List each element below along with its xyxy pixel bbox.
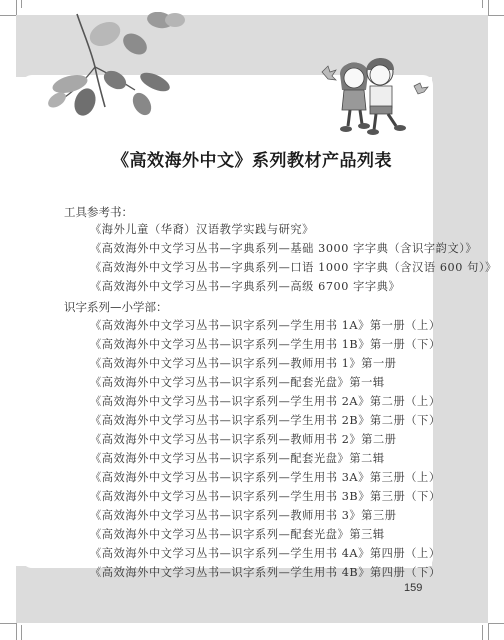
crop-mark bbox=[21, 0, 22, 8]
section-heading-literacy-primary: 识字系列—小学部： bbox=[64, 299, 168, 315]
list-item: 《高效海外中文学习丛书—识字系列—学生用书 3B》第三册（下） bbox=[90, 488, 441, 504]
list-item: 《海外儿童（华裔）汉语教学实践与研究》 bbox=[90, 221, 314, 237]
list-item: 《高效海外中文学习丛书—识字系列—配套光盘》第二辑 bbox=[90, 450, 385, 466]
section-heading-reference-books: 工具参考书： bbox=[64, 204, 133, 220]
crop-mark bbox=[488, 15, 504, 16]
crop-mark bbox=[488, 623, 489, 640]
children-illustration bbox=[318, 52, 430, 136]
list-item: 《高效海外中文学习丛书—识字系列—学生用书 2A》第二册（上） bbox=[90, 393, 441, 409]
list-item: 《高效海外中文学习丛书—字典系列—口语 1000 字字典（含汉语 600 句）》 bbox=[90, 259, 497, 275]
list-item: 《高效海外中文学习丛书—识字系列—学生用书 4B》第四册（下） bbox=[90, 564, 441, 580]
list-item: 《高效海外中文学习丛书—字典系列—基础 3000 字字典（含识字韵文）》 bbox=[90, 240, 477, 256]
list-item: 《高效海外中文学习丛书—识字系列—配套光盘》第一辑 bbox=[90, 374, 385, 390]
crop-mark bbox=[488, 0, 489, 15]
list-item: 《高效海外中文学习丛书—字典系列—高级 6700 字字典》 bbox=[90, 278, 400, 294]
crop-mark bbox=[21, 625, 22, 640]
list-item: 《高效海外中文学习丛书—识字系列—学生用书 4A》第四册（上） bbox=[90, 545, 441, 561]
crop-mark bbox=[0, 623, 16, 624]
list-item: 《高效海外中文学习丛书—识字系列—配套光盘》第三辑 bbox=[90, 526, 385, 542]
crop-mark bbox=[482, 0, 483, 8]
list-item: 《高效海外中文学习丛书—识字系列—学生用书 1B》第一册（下） bbox=[90, 336, 441, 352]
page-title: 《高效海外中文》系列教材产品列表 bbox=[0, 146, 504, 171]
crop-mark bbox=[482, 625, 483, 640]
list-item: 《高效海外中文学习丛书—识字系列—教师用书 2》第二册 bbox=[90, 431, 397, 447]
list-item: 《高效海外中文学习丛书—识字系列—学生用书 3A》第三册（上） bbox=[90, 469, 441, 485]
crop-mark bbox=[488, 623, 504, 624]
list-item: 《高效海外中文学习丛书—识字系列—教师用书 3》第三册 bbox=[90, 507, 397, 523]
list-item: 《高效海外中文学习丛书—识字系列—学生用书 1A》第一册（上） bbox=[90, 317, 441, 333]
list-item: 《高效海外中文学习丛书—识字系列—学生用书 2B》第二册（下） bbox=[90, 412, 441, 428]
crop-mark bbox=[16, 623, 17, 640]
leaves-illustration bbox=[35, 12, 185, 122]
list-item: 《高效海外中文学习丛书—识字系列—教师用书 1》第一册 bbox=[90, 355, 397, 371]
page-number: 159 bbox=[404, 582, 422, 594]
crop-mark bbox=[0, 15, 16, 16]
crop-mark bbox=[16, 0, 17, 15]
